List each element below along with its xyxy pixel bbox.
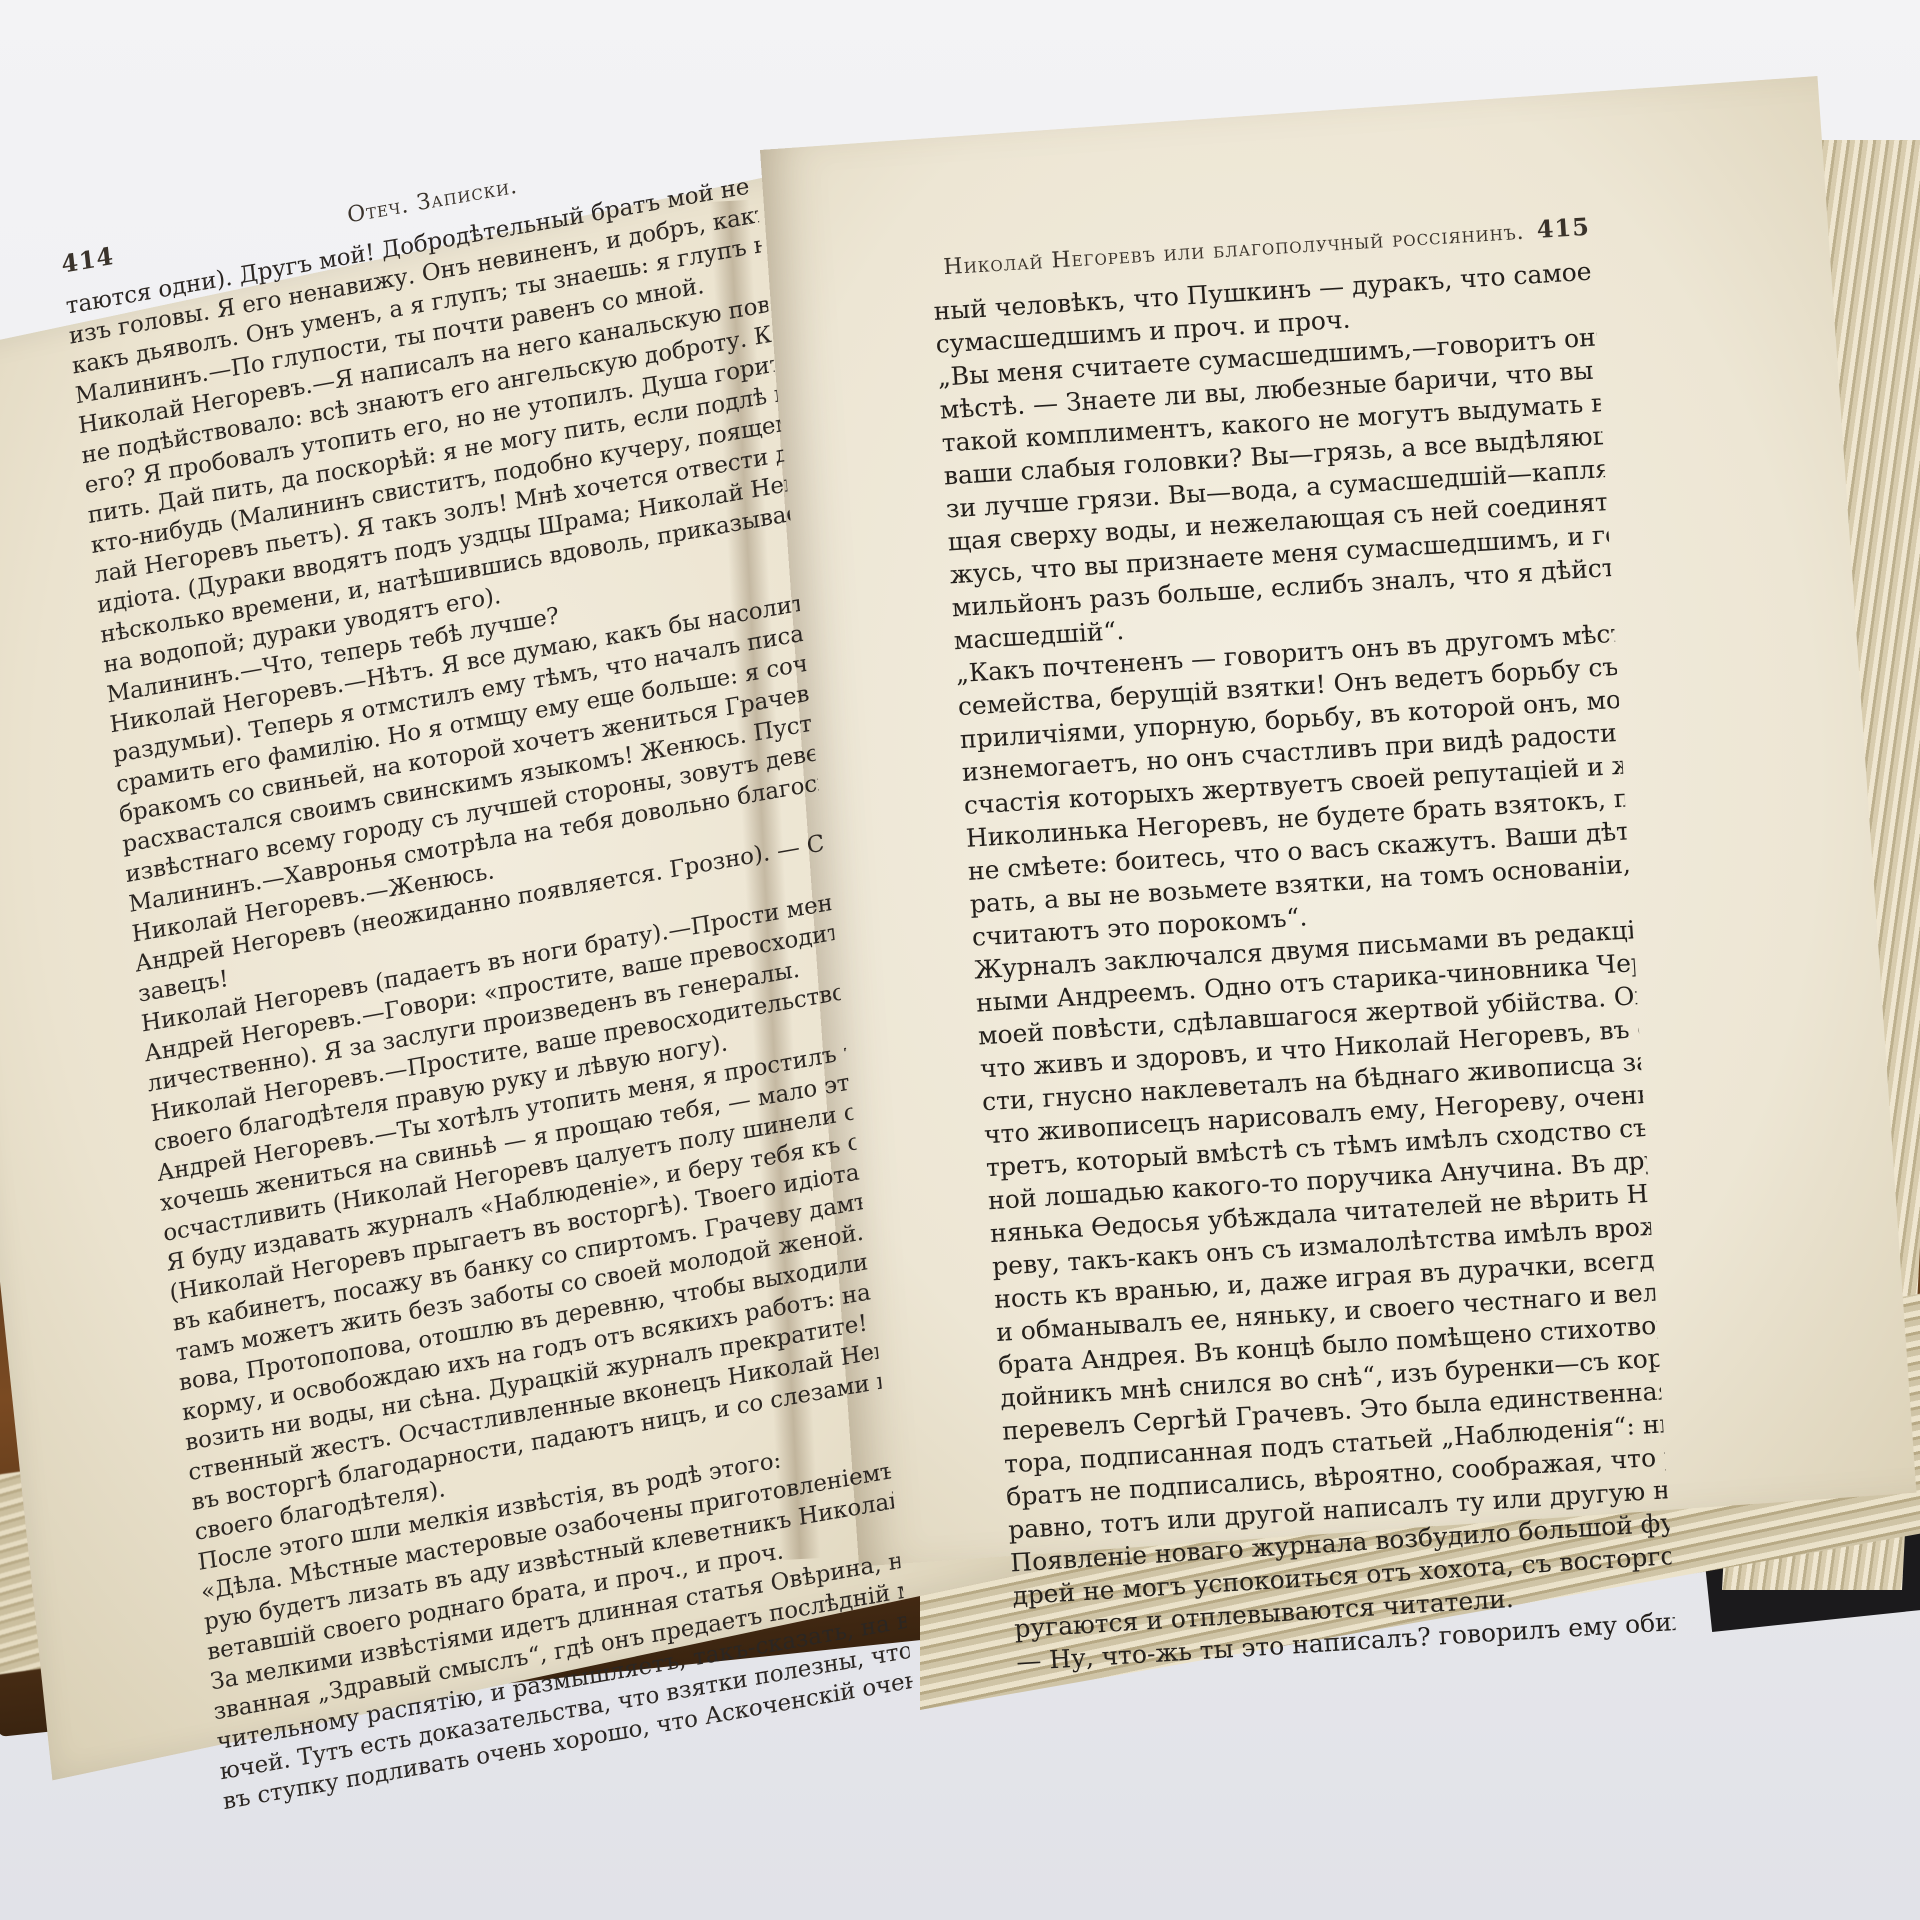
- page-number: 415: [1536, 210, 1591, 246]
- book-photo: 414 Отеч. Записки. таются одни). Другъ м…: [0, 0, 1920, 1920]
- right-text-lines: ный человѣкъ, что Пушкинъ — дуракъ, что …: [933, 255, 1676, 1679]
- page-number: 414: [60, 241, 115, 280]
- right-page-text: Николай Негоревъ или благополучный россі…: [930, 210, 1676, 1679]
